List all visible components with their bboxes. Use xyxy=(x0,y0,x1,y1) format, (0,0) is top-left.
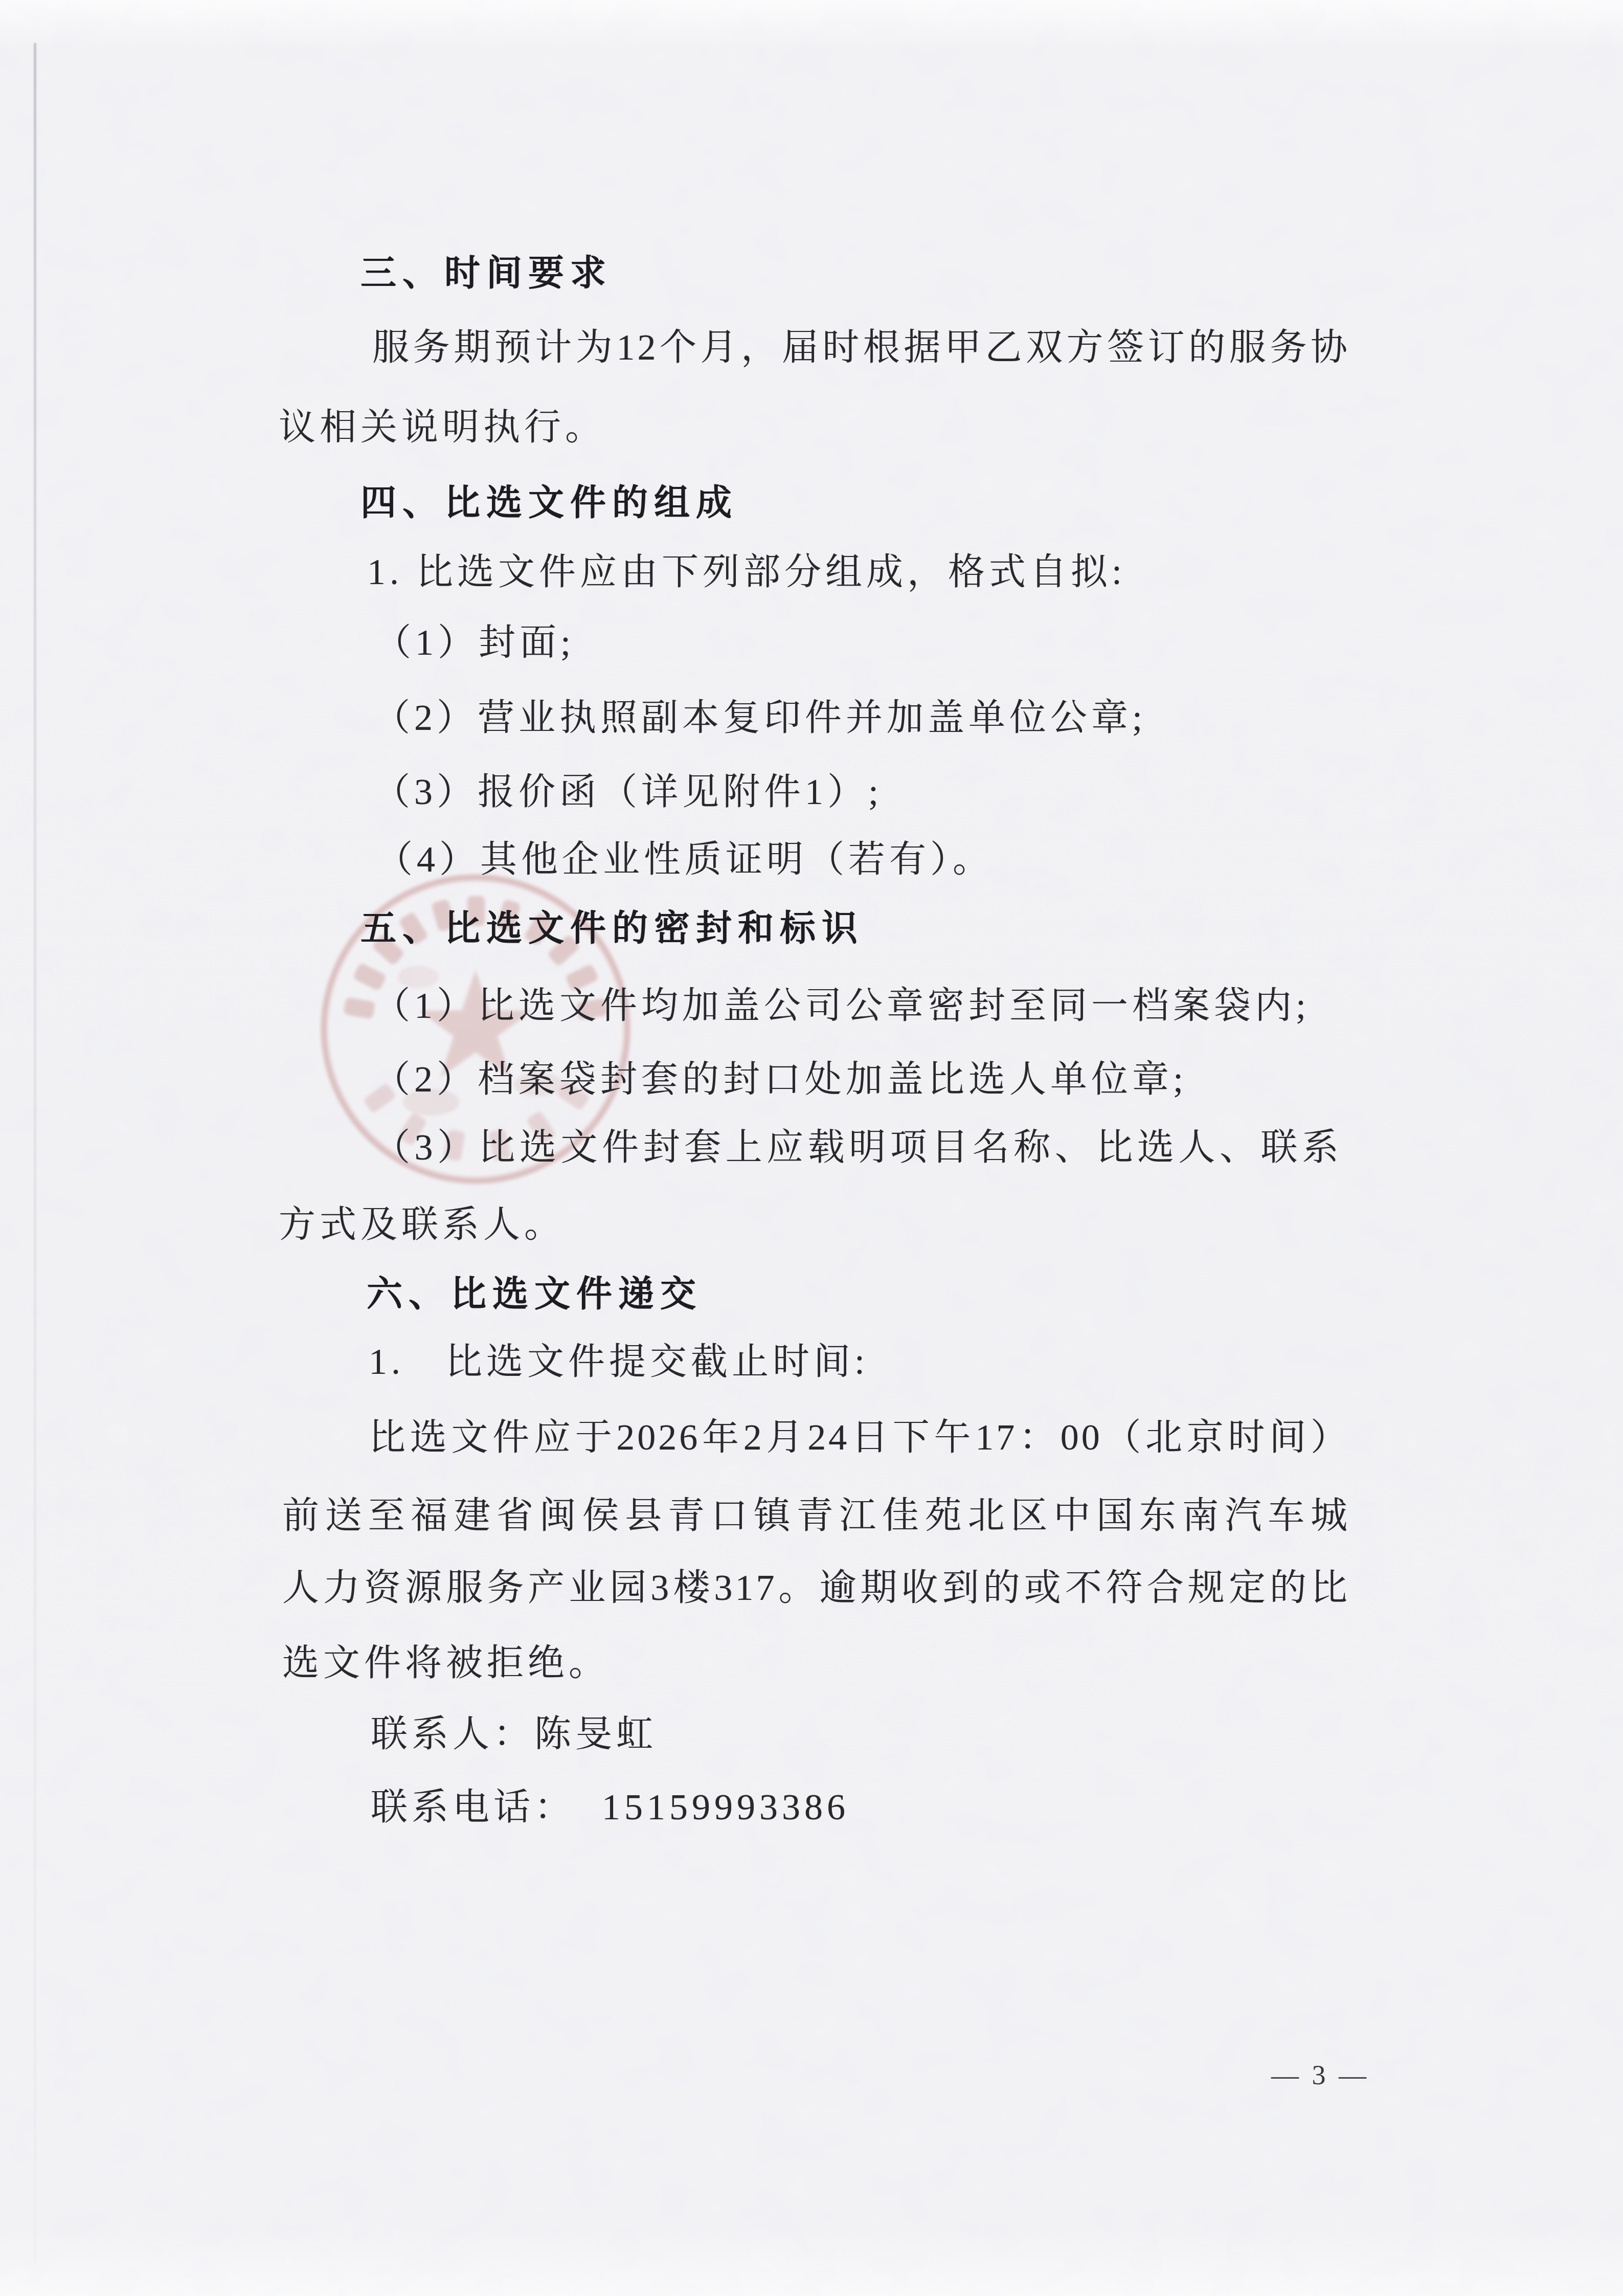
para-deadline-line-2: 前送至福建省闽侯县青口镇青江佳苑北区中国东南汽车城 xyxy=(282,1496,1350,1535)
item-4-1-cover: （1）封面; xyxy=(374,623,575,662)
item-5-1-seal-same-bag: （1）比选文件均加盖公司公章密封至同一档案袋内; xyxy=(373,986,1310,1025)
item-5-3-envelope-info-line-1: （3）比选文件封套上应载明项目名称、比选人、联系 xyxy=(373,1128,1341,1167)
para-deadline-line-4: 选文件将被拒绝。 xyxy=(282,1643,610,1682)
para-deadline-line-1: 比选文件应于2026年2月24日下午17：00（北京时间） xyxy=(369,1418,1350,1457)
heading-section-3-time-requirements: 三、时间要求 xyxy=(360,254,612,292)
scanned-document-page: 三、时间要求 服务期预计为12个月，届时根据甲乙双方签订的服务协 议相关说明执行… xyxy=(0,0,1623,2296)
scan-edge-artifact xyxy=(34,43,36,2263)
heading-section-5-sealing-marking: 五、比选文件的密封和标识 xyxy=(360,909,864,947)
para-service-period-line-1: 服务期预计为12个月，届时根据甲乙双方签订的服务协 xyxy=(372,328,1350,367)
page-number: — 3 — xyxy=(1271,2059,1369,2091)
heading-section-6-document-submission: 六、比选文件递交 xyxy=(367,1275,702,1313)
contact-phone: 联系电话： 15159993386 xyxy=(371,1788,849,1826)
heading-section-4-document-composition: 四、比选文件的组成 xyxy=(360,484,738,522)
contact-person: 联系人：陈旻虹 xyxy=(371,1714,657,1753)
para-deadline-line-3: 人力资源服务产业园3楼317。逾期收到的或不符合规定的比 xyxy=(282,1568,1350,1607)
para-service-period-line-2: 议相关说明执行。 xyxy=(279,408,606,447)
item-5-2-bag-seal-stamp: （2）档案袋封套的封口处加盖比选人单位章; xyxy=(373,1060,1187,1099)
item-4-2-business-license: （2）营业执照副本复印件并加盖单位公章; xyxy=(373,698,1146,737)
item-document-parts-intro: 1. 比选文件应由下列部分组成，格式自拟: xyxy=(367,552,1126,591)
item-4-4-other-certificates: （4）其他企业性质证明（若有）。 xyxy=(376,840,994,879)
item-4-3-quotation-letter: （3）报价函（详见附件1）; xyxy=(373,772,883,811)
item-5-3-envelope-info-line-2: 方式及联系人。 xyxy=(279,1205,565,1244)
item-6-1-deadline-intro: 1. 比选文件提交截止时间: xyxy=(369,1342,869,1381)
